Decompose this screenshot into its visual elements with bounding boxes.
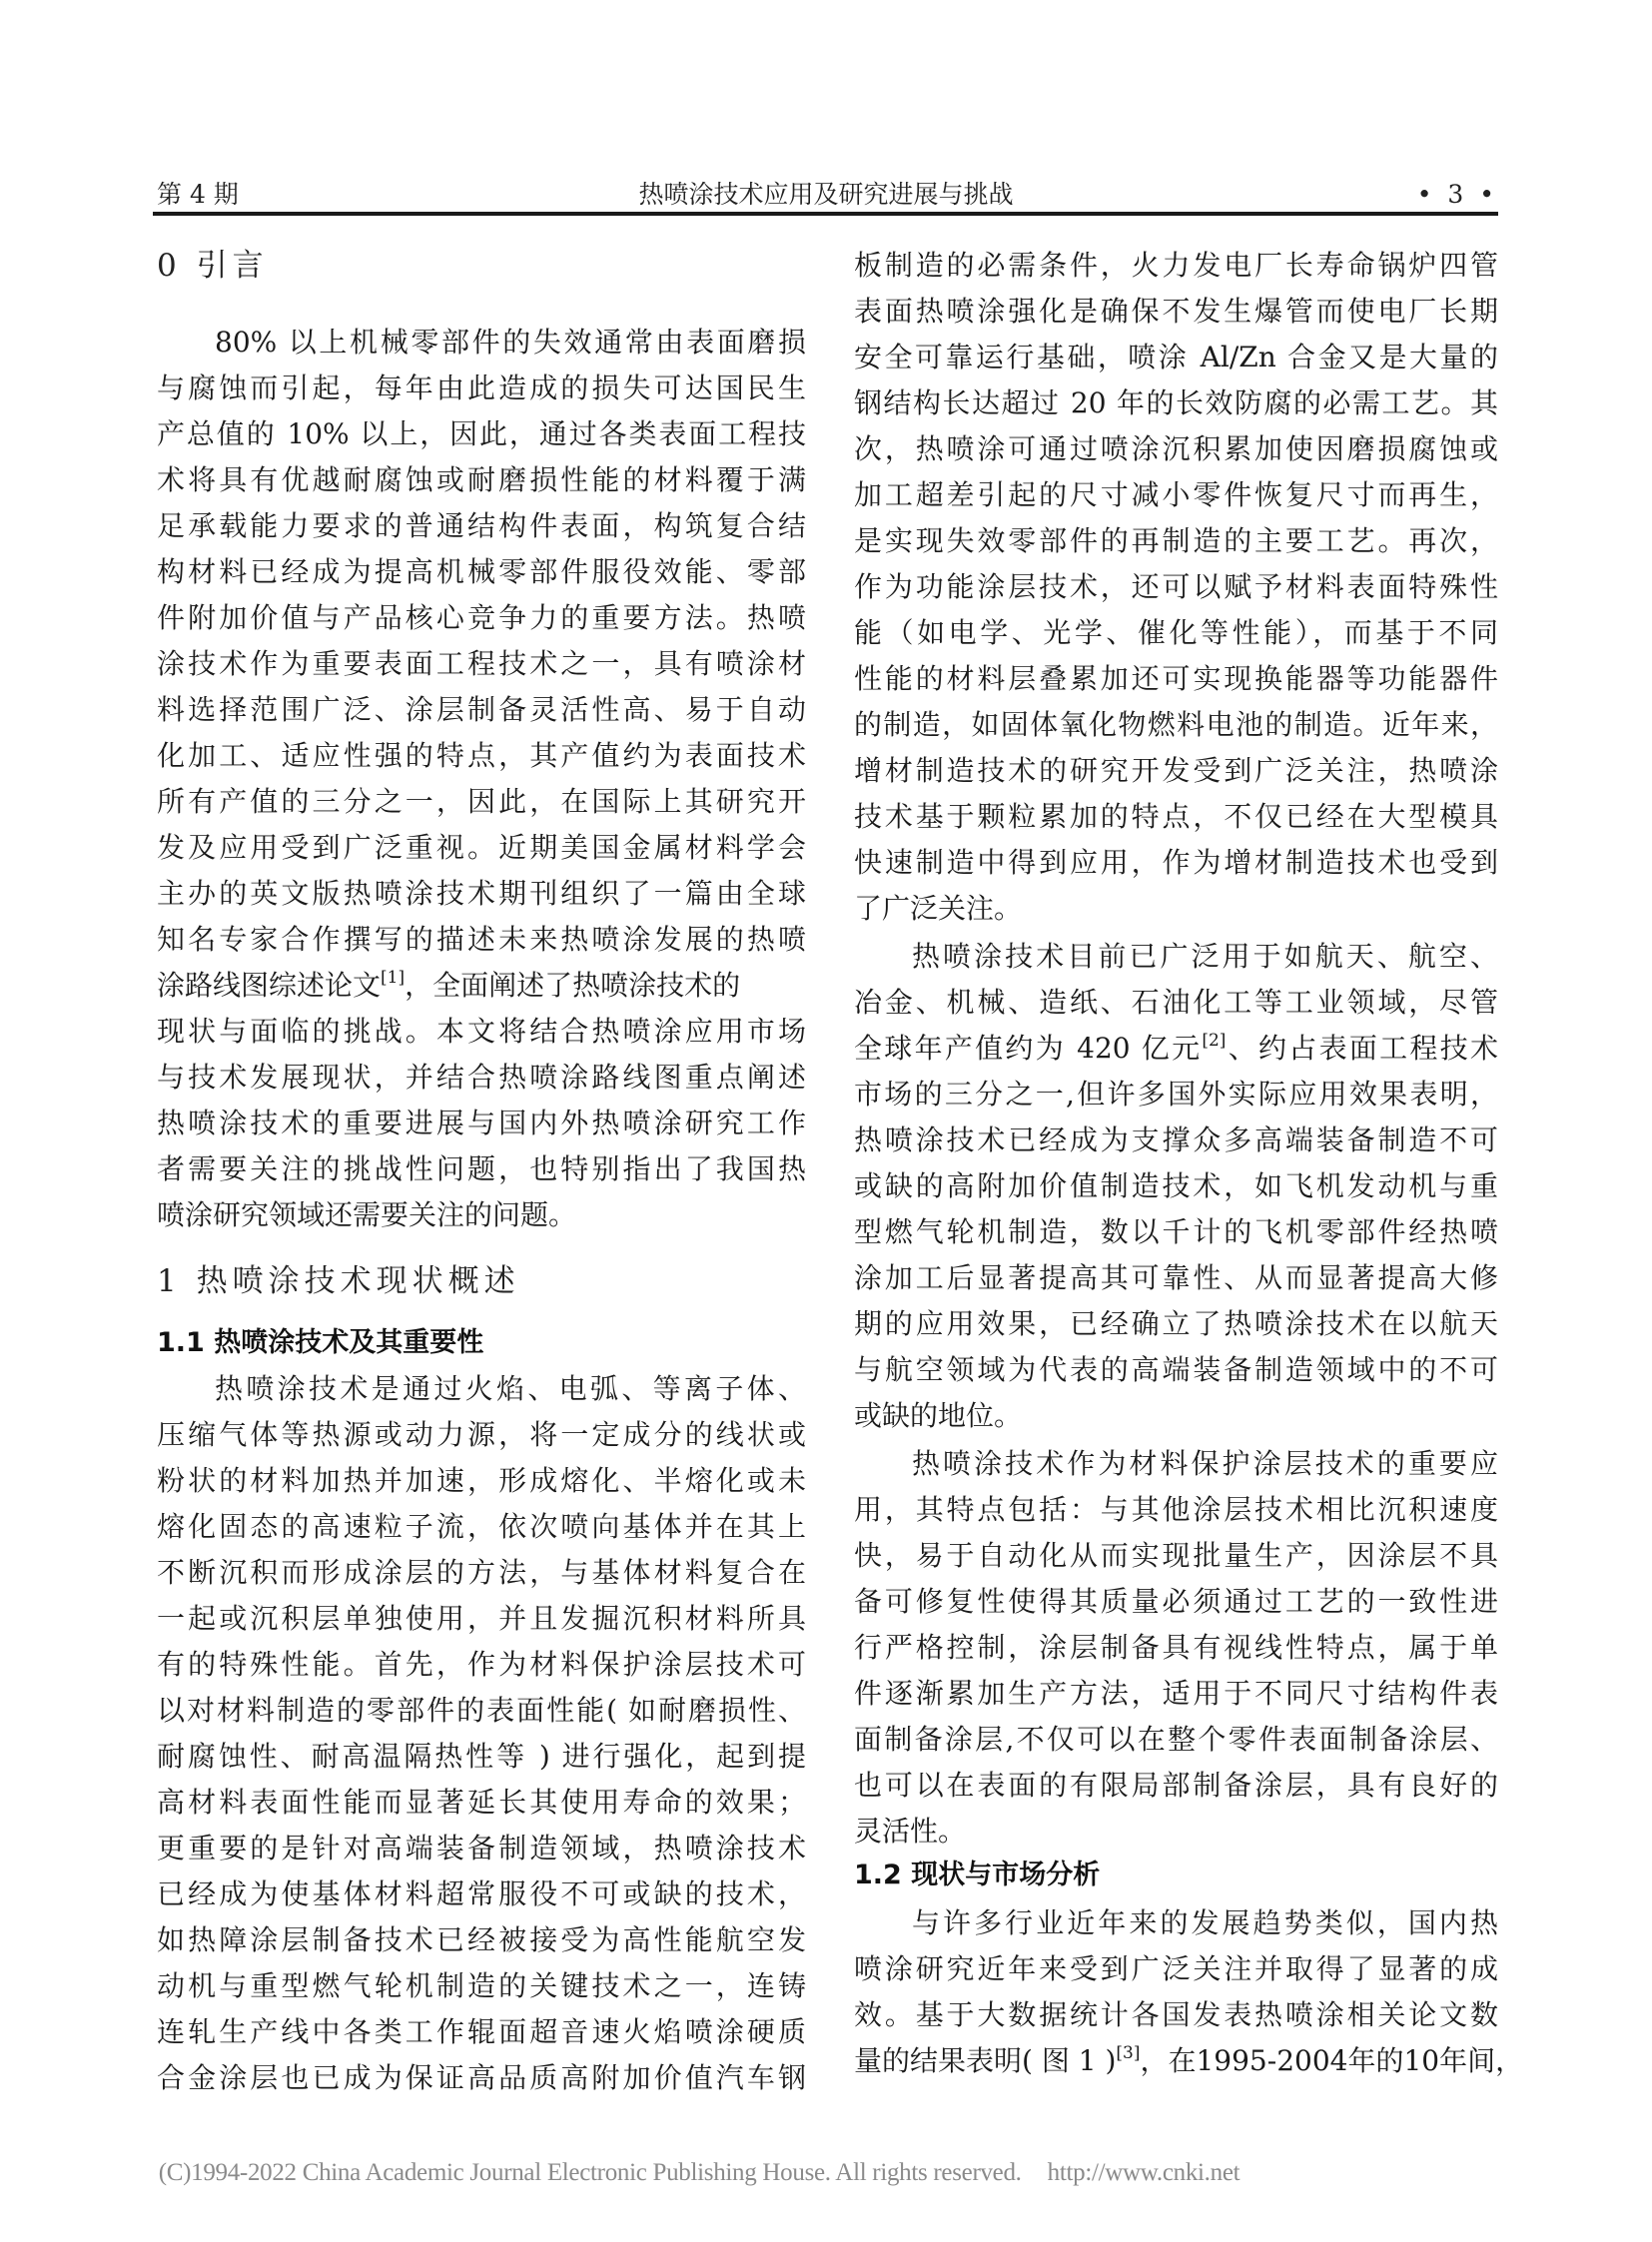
text-line: 也可以在表面的有限局部制备涂层，具有良好的 — [854, 1766, 1498, 1806]
text-line: 是实现失效零部件的再制造的主要工艺。再次， — [854, 521, 1498, 561]
text-line: 作为功能涂层技术，还可以赋予材料表面特殊性 — [854, 567, 1498, 607]
text-line: 一起或沉积层单独使用，并且发掘沉积材料所具 — [157, 1599, 806, 1639]
text-line: 表面热喷涂强化是确保不发生爆管而使电厂长期 — [854, 292, 1498, 332]
text-line: 合金涂层也已成为保证高品质高附加价值汽车钢 — [157, 2058, 806, 2098]
text-line: 化加工、适应性强的特点，其产值约为表面技术 — [157, 736, 806, 776]
text-line: 粉状的材料加热并加速，形成熔化、半熔化或未 — [157, 1461, 806, 1501]
subsection-heading-1-1: 1.1 热喷涂技术及其重要性 — [157, 1323, 483, 1363]
text-line: 连轧生产线中各类工作辊面超音速火焰喷涂硬质 — [157, 2012, 806, 2052]
text-line: 涂技术作为重要表面工程技术之一，具有喷涂材 — [157, 644, 806, 684]
text-line: 钢结构长达超过 20 年的长效防腐的必需工艺。其 — [854, 383, 1498, 423]
text-line: 涂路线图综述论文[1]，全面阐述了热喷涂技术的 — [157, 966, 806, 1006]
section-heading-1: 1 热喷涂技术现状概述 — [157, 1261, 520, 1301]
text-line: 型燃气轮机制造，数以千计的飞机零部件经热喷 — [854, 1212, 1498, 1252]
text-fragment: 、约占表面工程技术 — [1226, 1032, 1498, 1065]
text-line: 增材制造技术的研究开发受到广泛关注，热喷涂 — [854, 751, 1498, 791]
text-line: 热喷涂技术已经成为支撑众多高端装备制造不可 — [854, 1121, 1498, 1160]
text-line: 技术基于颗粒累加的特点，不仅已经在大型模具 — [854, 797, 1498, 837]
text-line: 或缺的高附加价值制造技术，如飞机发动机与重 — [854, 1166, 1498, 1206]
text-line: 更重要的是针对高端装备制造领域，热喷涂技术 — [157, 1829, 806, 1868]
text-line: 主办的英文版热喷涂技术期刊组织了一篇由全球 — [157, 874, 806, 914]
text-line: 热喷涂技术的重要进展与国内外热喷涂研究工作 — [157, 1104, 806, 1143]
text-line: 已经成为使基体材料超常服役不可或缺的技术， — [157, 1874, 806, 1914]
text-fragment: 涂路线图综述论文 — [157, 969, 381, 1002]
citation-ref-2[interactable]: [2] — [1202, 1031, 1226, 1051]
text-line: 以对材料制造的零部件的表面性能( 如耐磨损性、 — [157, 1691, 806, 1731]
text-line: 动机与重型燃气轮机制造的关键技术之一，连铸 — [157, 1966, 806, 2006]
text-line: 产总值的 10% 以上，因此，通过各类表面工程技 — [157, 414, 806, 454]
text-fragment: ，在1995-2004年的10年间， — [1140, 2044, 1523, 2077]
text-line: 安全可靠运行基础，喷涂 Al/Zn 合金又是大量的 — [854, 338, 1498, 377]
text-line: 现状与面临的挑战。本文将结合热喷涂应用市场 — [157, 1012, 806, 1052]
text-line: 用，其特点包括：与其他涂层技术相比沉积速度 — [854, 1490, 1498, 1530]
text-line: 热喷涂技术作为材料保护涂层技术的重要应 — [854, 1444, 1498, 1484]
text-line: 的制造，如固体氧化物燃料电池的制造。近年来， — [854, 705, 1498, 745]
text-line: 快速制造中得到应用，作为增材制造技术也受到 — [854, 843, 1498, 883]
text-line: 热喷涂技术是通过火焰、电弧、等离子体、 — [157, 1369, 806, 1409]
running-title: 热喷涂技术应用及研究进展与挑战 — [0, 178, 1652, 212]
text-line: 有的特殊性能。首先，作为材料保护涂层技术可 — [157, 1645, 806, 1685]
text-line: 与航空领域为代表的高端装备制造领域中的不可 — [854, 1350, 1498, 1390]
citation-ref-3[interactable]: [3] — [1116, 2043, 1140, 2063]
text-line: 80% 以上机械零部件的失效通常由表面磨损 — [157, 323, 806, 363]
text-line: 灵活性。 — [854, 1812, 966, 1852]
text-line: 了广泛关注。 — [854, 889, 1022, 929]
text-line: 效。基于大数据统计各国发表热喷涂相关论文数 — [854, 1995, 1498, 2035]
text-line: 全球年产值约为 420 亿元[2]、约占表面工程技术 — [854, 1029, 1498, 1069]
text-line: 件附加价值与产品核心竞争力的重要方法。热喷 — [157, 598, 806, 638]
header-rule — [153, 212, 1498, 216]
text-line: 术将具有优越耐腐蚀或耐磨损性能的材料覆于满 — [157, 460, 806, 500]
text-line: 次，热喷涂可通过喷涂沉积累加使因磨损腐蚀或 — [854, 429, 1498, 469]
text-line: 热喷涂技术目前已广泛用于如航天、航空、 — [854, 937, 1498, 977]
text-line: 冶金、机械、造纸、石油化工等工业领域，尽管 — [854, 983, 1498, 1023]
text-line: 料选择范围广泛、涂层制备灵活性高、易于自动 — [157, 690, 806, 730]
text-line: 如热障涂层制备技术已经被接受为高性能航空发 — [157, 1920, 806, 1960]
text-line: 与技术发展现状，并结合热喷涂路线图重点阐述 — [157, 1058, 806, 1098]
text-line: 行严格控制，涂层制备具有视线性特点，属于单 — [854, 1628, 1498, 1668]
text-line: 喷涂研究领域还需要关注的问题。 — [157, 1195, 576, 1235]
text-line: 备可修复性使得其质量必须通过工艺的一致性进 — [854, 1582, 1498, 1622]
text-line: 喷涂研究近年来受到广泛关注并取得了显著的成 — [854, 1949, 1498, 1989]
text-line: 与许多行业近年来的发展趋势类似，国内热 — [854, 1903, 1498, 1943]
text-line: 量的结果表明( 图 1 )[3]，在1995-2004年的10年间， — [854, 2041, 1498, 2081]
copyright-footer: (C)1994-2022 China Academic Journal Elec… — [0, 2159, 1398, 2187]
text-line: 或缺的地位。 — [854, 1396, 1022, 1436]
text-line: 市场的三分之一,但许多国外实际应用效果表明， — [854, 1075, 1498, 1115]
text-line: 熔化固态的高速粒子流，依次喷向基体并在其上 — [157, 1507, 806, 1547]
citation-ref-1[interactable]: [1] — [381, 968, 405, 988]
cnki-link[interactable]: http://www.cnki.net — [1048, 2159, 1240, 2186]
text-line: 知名专家合作撰写的描述未来热喷涂发展的热喷 — [157, 920, 806, 960]
text-line: 能（如电学、光学、催化等性能），而基于不同 — [854, 613, 1498, 653]
text-line: 板制造的必需条件，火力发电厂长寿命锅炉四管 — [854, 246, 1498, 286]
text-line: 期的应用效果，已经确立了热喷涂技术在以航天 — [854, 1304, 1498, 1344]
text-line: 足承载能力要求的普通结构件表面，构筑复合结 — [157, 506, 806, 546]
text-line: 加工超差引起的尺寸减小零件恢复尺寸而再生， — [854, 475, 1498, 515]
text-line: 面制备涂层,不仅可以在整个零件表面制备涂层、 — [854, 1720, 1498, 1760]
text-line: 发及应用受到广泛重视。近期美国金属材料学会 — [157, 828, 806, 868]
text-fragment: 量的结果表明( 图 1 ) — [854, 2044, 1116, 2077]
copyright-text: (C)1994-2022 China Academic Journal Elec… — [159, 2159, 1022, 2186]
page-number: • 3 • — [1417, 178, 1498, 212]
text-line: 高材料表面性能而显著延长其使用寿命的效果； — [157, 1783, 806, 1823]
text-line: 构材料已经成为提高机械零部件服役效能、零部 — [157, 552, 806, 592]
text-line: 不断沉积而形成涂层的方法，与基体材料复合在 — [157, 1553, 806, 1593]
text-line: 件逐渐累加生产方法，适用于不同尺寸结构件表 — [854, 1674, 1498, 1714]
text-line: 性能的材料层叠累加还可实现换能器等功能器件 — [854, 659, 1498, 699]
text-fragment: 全球年产值约为 420 亿元 — [854, 1032, 1202, 1065]
text-line: 者需要关注的挑战性问题，也特别指出了我国热 — [157, 1149, 806, 1189]
text-line: 快，易于自动化从而实现批量生产，因涂层不具 — [854, 1536, 1498, 1576]
text-fragment: ，全面阐述了热喷涂技术的 — [405, 969, 740, 1002]
text-line: 所有产值的三分之一，因此，在国际上其研究开 — [157, 782, 806, 822]
text-line: 压缩气体等热源或动力源，将一定成分的线状或 — [157, 1415, 806, 1455]
text-line: 耐腐蚀性、耐高温隔热性等 ) 进行强化，起到提 — [157, 1737, 806, 1777]
section-heading-introduction: 0 引言 — [157, 246, 269, 286]
subsection-heading-1-2: 1.2 现状与市场分析 — [854, 1856, 1100, 1895]
text-line: 与腐蚀而引起，每年由此造成的损失可达国民生 — [157, 369, 806, 408]
text-line: 涂加工后显著提高其可靠性、从而显著提高大修 — [854, 1258, 1498, 1298]
